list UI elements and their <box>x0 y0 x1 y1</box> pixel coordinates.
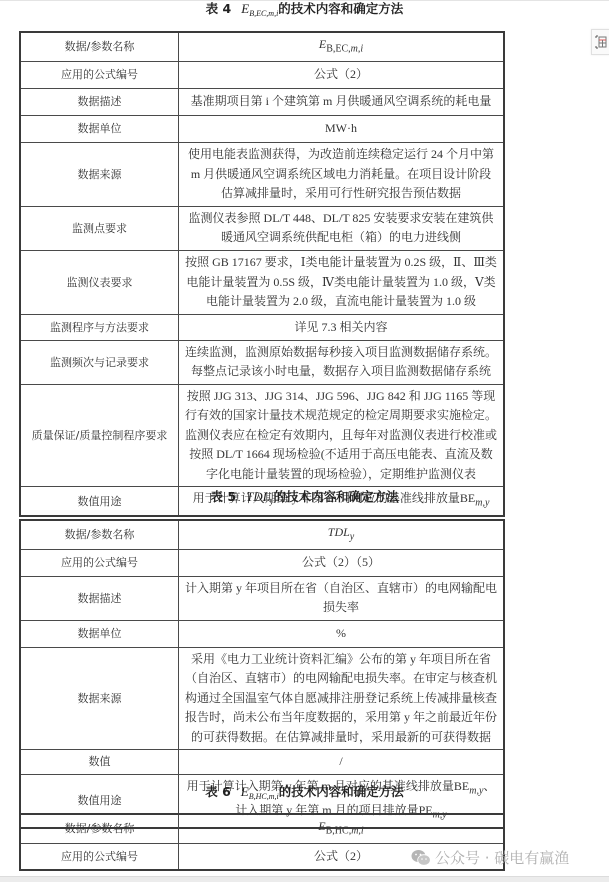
row-value: EB,HC,m,i <box>179 814 505 843</box>
watermark-text: 公众号 · 碳电有赢渔 <box>435 847 569 868</box>
table-5-caption: 表 5TDLy的技术内容和确定方法 <box>0 488 609 506</box>
table-row: 应用的公式编号 公式（2）（5） <box>20 549 504 576</box>
caption-suffix: 的技术内容和确定方法 <box>278 1 403 16</box>
table-row: 数据单位 MW·h <box>20 115 504 142</box>
row-value: EB,EC,m,i <box>179 32 505 61</box>
row-label: 应用的公式编号 <box>20 843 179 870</box>
caption-symbol: EB,EC,m,i <box>241 1 278 16</box>
table-row: 数据/参数名称 EB,EC,m,i <box>20 32 504 61</box>
row-label: 数据描述 <box>20 576 179 620</box>
row-value: 使用电能表监测获得，为改造前连续稳定运行 24 个月中第 m 月供暖通风空调系统… <box>179 142 505 206</box>
caption-symbol: TDLy <box>246 489 273 504</box>
row-label: 监测程序与方法要求 <box>20 314 179 340</box>
table-row: 数据单位 % <box>20 620 504 647</box>
row-value: MW·h <box>179 115 505 142</box>
row-label: 数据描述 <box>20 88 179 115</box>
bottom-bar <box>0 876 609 882</box>
watermark: 公众号 · 碳电有赢渔 <box>411 846 569 868</box>
row-label: 监测仪表要求 <box>20 250 179 314</box>
caption-number: 表 5 <box>211 489 237 504</box>
row-label: 监测点要求 <box>20 206 179 250</box>
row-value: % <box>179 620 505 647</box>
row-label: 数据单位 <box>20 620 179 647</box>
table-extract-icon <box>595 35 607 49</box>
caption-number: 表 4 <box>206 1 232 16</box>
table-row: 数据/参数名称 EB,HC,m,i <box>20 814 504 843</box>
table-row: 数值 / <box>20 750 504 775</box>
row-value: 公式（2）（5） <box>179 549 505 576</box>
table-row: 应用的公式编号 公式（2） <box>20 61 504 88</box>
caption-suffix: 的技术内容和确定方法 <box>279 784 404 799</box>
table-row: 质量保证/质量控制程序要求 按照 JJG 313、JJG 314、JJG 596… <box>20 384 504 487</box>
row-value: 计入期第 y 年项目所在省（自治区、直辖市）的电网输配电损失率 <box>179 576 505 620</box>
table-row: 数据来源 使用电能表监测获得，为改造前连续稳定运行 24 个月中第 m 月供暖通… <box>20 142 504 206</box>
row-label: 数据/参数名称 <box>20 814 179 843</box>
row-value: 监测仪表参照 DL/T 448、DL/T 825 安装要求安装在建筑供暖通风空调… <box>179 206 505 250</box>
table-row: 监测频次与记录要求 连续监测，监测原始数据每秒接入项目监测数据储存系统。每整点记… <box>20 340 504 384</box>
row-value: / <box>179 750 505 775</box>
row-value: 采用《电力工业统计资料汇编》公布的第 y 年项目所在省（自治区、直辖市）的电网输… <box>179 647 505 750</box>
table-row: 监测程序与方法要求 详见 7.3 相关内容 <box>20 314 504 340</box>
row-label: 应用的公式编号 <box>20 549 179 576</box>
row-label: 数据单位 <box>20 115 179 142</box>
row-value: 公式（2） <box>179 61 505 88</box>
row-label: 数据来源 <box>20 647 179 750</box>
table-row: 数据描述 计入期第 y 年项目所在省（自治区、直辖市）的电网输配电损失率 <box>20 576 504 620</box>
row-label: 质量保证/质量控制程序要求 <box>20 384 179 487</box>
wechat-icon <box>411 849 431 866</box>
row-value: 连续监测，监测原始数据每秒接入项目监测数据储存系统。每整点记录该小时电量，数据存… <box>179 340 505 384</box>
row-value: 详见 7.3 相关内容 <box>179 314 505 340</box>
table-4-caption: 表 4EB,EC,m,i的技术内容和确定方法 <box>0 0 609 18</box>
table-row: 监测点要求 监测仪表参照 DL/T 448、DL/T 825 安装要求安装在建筑… <box>20 206 504 250</box>
row-value: 按照 JJG 313、JJG 314、JJG 596、JJG 842 和 JJG… <box>179 384 505 487</box>
row-value: 基准期项目第 i 个建筑第 m 月供暖通风空调系统的耗电量 <box>179 88 505 115</box>
table-6-caption: 表 6EB,HC,m,i的技术内容和确定方法 <box>0 783 609 801</box>
row-label: 数据/参数名称 <box>20 32 179 61</box>
row-value: TDLy <box>179 520 505 549</box>
table-row: 数据描述 基准期项目第 i 个建筑第 m 月供暖通风空调系统的耗电量 <box>20 88 504 115</box>
table-row: 监测仪表要求 按照 GB 17167 要求，Ⅰ类电能计量装置为 0.2S 级，Ⅱ… <box>20 250 504 314</box>
caption-symbol: EB,HC,m,i <box>241 784 279 799</box>
table-row: 数据/参数名称 TDLy <box>20 520 504 549</box>
row-label: 数据/参数名称 <box>20 520 179 549</box>
caption-number: 表 6 <box>205 784 231 799</box>
row-label: 数据来源 <box>20 142 179 206</box>
table-4: 数据/参数名称 EB,EC,m,i 应用的公式编号 公式（2） 数据描述 基准期… <box>19 31 505 517</box>
caption-suffix: 的技术内容和确定方法 <box>273 489 398 504</box>
row-value: 按照 GB 17167 要求，Ⅰ类电能计量装置为 0.2S 级，Ⅱ、Ⅲ类电能计量… <box>179 250 505 314</box>
row-label: 数值 <box>20 750 179 775</box>
row-label: 应用的公式编号 <box>20 61 179 88</box>
row-label: 监测频次与记录要求 <box>20 340 179 384</box>
table-row: 数据来源 采用《电力工业统计资料汇编》公布的第 y 年项目所在省（自治区、直辖市… <box>20 647 504 750</box>
table-extract-button[interactable] <box>591 29 609 55</box>
